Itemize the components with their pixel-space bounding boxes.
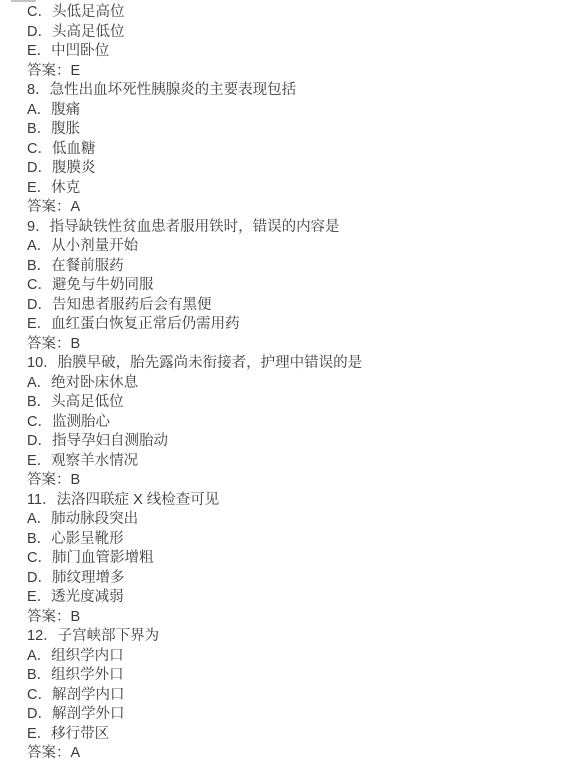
question-stem: 9．指导缺铁性贫血患者服用铁时，错误的内容是 — [27, 218, 587, 238]
option-line: D．头高足低位 — [27, 23, 587, 43]
question-stem: 11．法洛四联症 X 线检查可见 — [27, 491, 587, 511]
option-line: D．解剖学外口 — [27, 705, 587, 725]
question-list: C．头低足高位D．头高足低位E．中凹卧位答案：E8．急性出血坏死性胰腺炎的主要表… — [27, 3, 587, 764]
answer-line: 答案：A — [27, 198, 587, 218]
option-line: E．血红蛋白恢复正常后仍需用药 — [27, 315, 587, 335]
answer-line: 答案：E — [27, 62, 587, 82]
clipped-line-artifact — [11, 0, 36, 2]
option-line: C．低血糖 — [27, 140, 587, 160]
option-line: E．中凹卧位 — [27, 42, 587, 62]
answer-line: 答案：B — [27, 608, 587, 628]
option-line: C．肺门血管影增粗 — [27, 549, 587, 569]
option-line: C．监测胎心 — [27, 413, 587, 433]
option-line: A．腹痛 — [27, 101, 587, 121]
answer-line: 答案：B — [27, 471, 587, 491]
option-line: C．避免与牛奶同服 — [27, 276, 587, 296]
question-stem: 8．急性出血坏死性胰腺炎的主要表现包括 — [27, 81, 587, 101]
option-line: A．组织学内口 — [27, 647, 587, 667]
option-line: B．在餐前服药 — [27, 257, 587, 277]
option-line: B．头高足低位 — [27, 393, 587, 413]
option-line: D．肺纹理增多 — [27, 569, 587, 589]
option-line: D．指导孕妇自测胎动 — [27, 432, 587, 452]
answer-line: 答案：B — [27, 335, 587, 355]
option-line: E．观察羊水情况 — [27, 452, 587, 472]
option-line: B．心影呈靴形 — [27, 530, 587, 550]
option-line: B．组织学外口 — [27, 666, 587, 686]
option-line: A．肺动脉段突出 — [27, 510, 587, 530]
option-line: A．从小剂量开始 — [27, 237, 587, 257]
answer-line: 答案：A — [27, 744, 587, 764]
option-line: E．移行带区 — [27, 725, 587, 745]
option-line: B．腹胀 — [27, 120, 587, 140]
option-line: E．透光度减弱 — [27, 588, 587, 608]
option-line: C．头低足高位 — [27, 3, 587, 23]
option-line: C．解剖学内口 — [27, 686, 587, 706]
question-stem: 12．子宫峡部下界为 — [27, 627, 587, 647]
option-line: D．腹膜炎 — [27, 159, 587, 179]
option-line: D．告知患者服药后会有黑便 — [27, 296, 587, 316]
option-line: A．绝对卧床休息 — [27, 374, 587, 394]
option-line: E．休克 — [27, 179, 587, 199]
question-stem: 10．胎膜早破，胎先露尚未衔接者，护理中错误的是 — [27, 354, 587, 374]
